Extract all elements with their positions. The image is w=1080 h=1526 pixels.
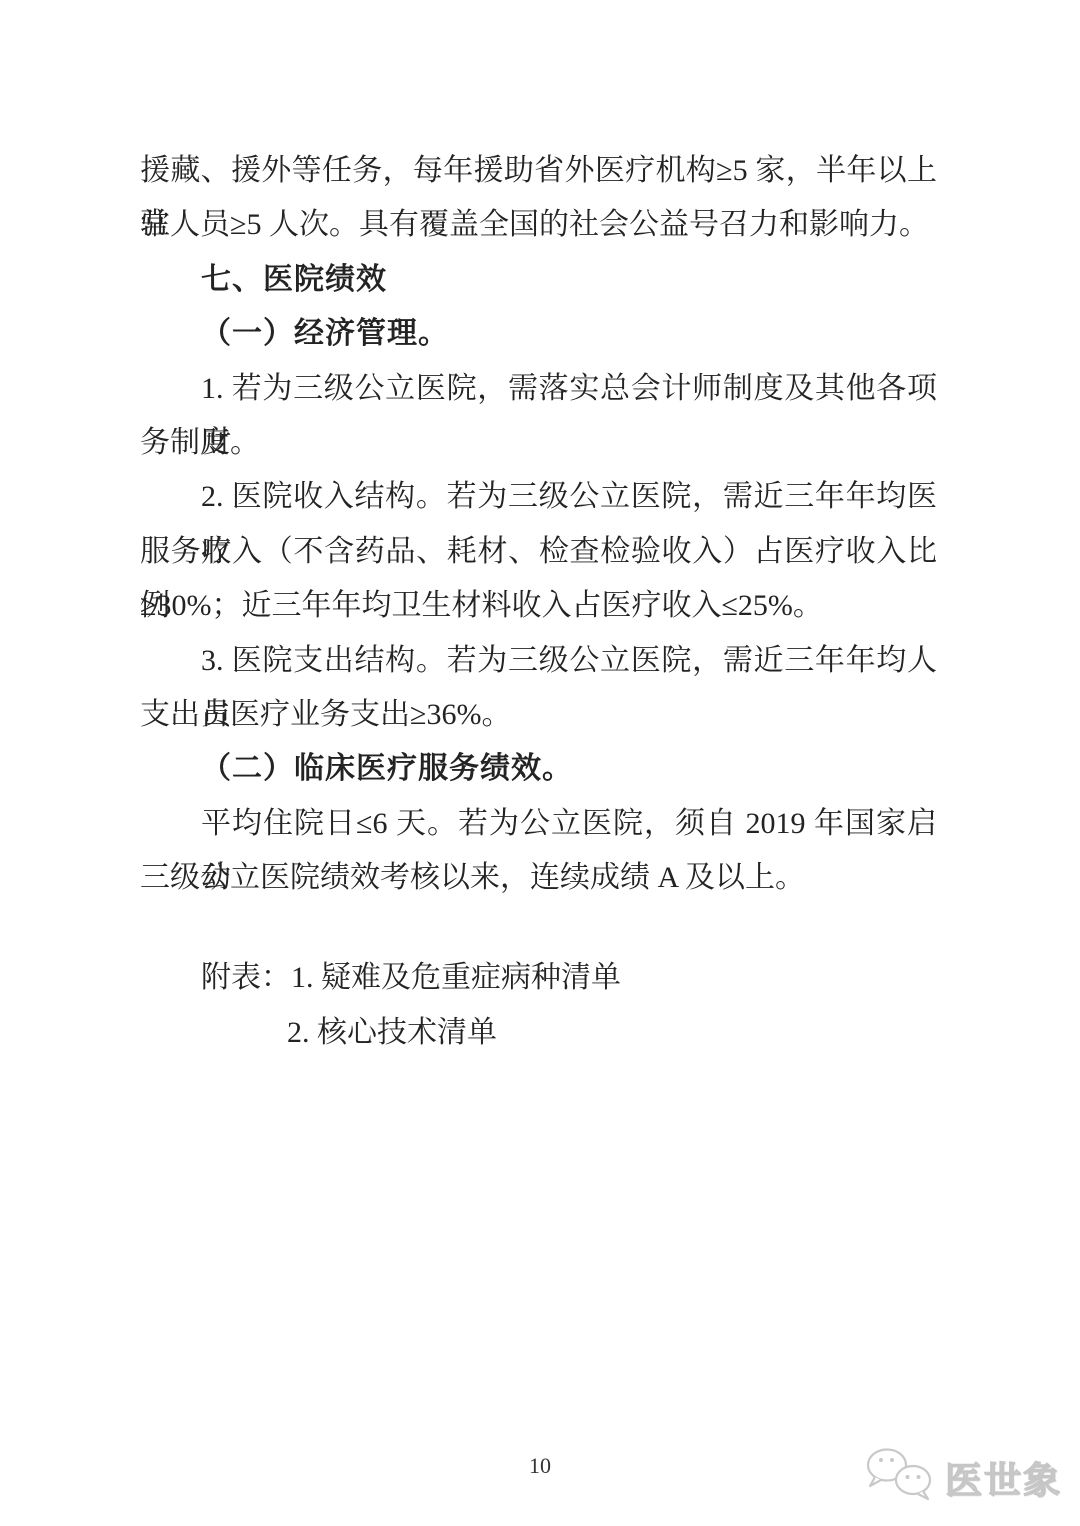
paragraph-line: 援藏、援外等任务，每年援助省外医疗机构≥5 家，半年以上常 [140,144,937,198]
watermark-brand-text: 医世象 [945,1450,1062,1504]
section-heading: 七、医院绩效 [140,253,937,307]
watermark: 医世象 [861,1444,1062,1509]
paragraph-line: 1. 若为三级公立医院，需落实总会计师制度及其他各项财 [140,362,937,416]
wechat-icon [861,1444,939,1509]
paragraph-line: 平均住院日≤6 天。若为公立医院，须自 2019 年国家启动 [140,797,937,851]
subsection-heading-1: （一）经济管理。 [140,307,937,361]
paragraph-line: 三级公立医院绩效考核以来，连续成绩 A 及以上。 [140,851,937,905]
appendix-line-1: 附表：1. 疑难及危重症病种清单 [140,951,937,1005]
paragraph-line: 驻人员≥5 人次。具有覆盖全国的社会公益号召力和影响力。 [140,198,937,252]
paragraph-line: 服务收入（不含药品、耗材、检查检验收入）占医疗收入比例 [140,525,937,579]
paragraph-line: ≥30%；近三年年均卫生材料收入占医疗收入≤25%。 [140,579,937,633]
paragraph-line: 务制度。 [140,416,937,470]
blank-line [140,905,937,951]
document-body: 援藏、援外等任务，每年援助省外医疗机构≥5 家，半年以上常 驻人员≥5 人次。具… [140,144,937,1060]
paragraph-line: 3. 医院支出结构。若为三级公立医院，需近三年年均人员 [140,634,937,688]
paragraph-line: 支出占医疗业务支出≥36%。 [140,688,937,742]
subsection-heading-2: （二）临床医疗服务绩效。 [140,742,937,796]
document-page: 援藏、援外等任务，每年援助省外医疗机构≥5 家，半年以上常 驻人员≥5 人次。具… [0,0,1080,1526]
paragraph-line: 2. 医院收入结构。若为三级公立医院，需近三年年均医疗 [140,470,937,524]
appendix-line-2: 2. 核心技术清单 [140,1006,937,1060]
